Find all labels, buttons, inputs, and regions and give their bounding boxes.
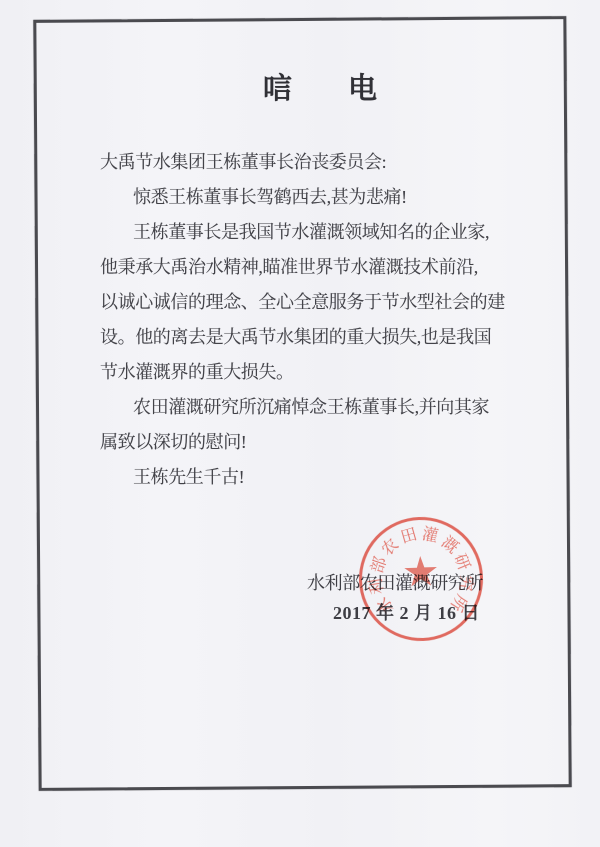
letter-line: 他秉承大禹治水精神,瞄准世界节水灌溉技术前沿, (100, 250, 520, 285)
letter-line: 设。他的离去是大禹节水集团的重大损失,也是我国 (100, 320, 520, 355)
letter-line: 节水灌溉界的重大损失。 (100, 355, 520, 390)
letter-line: 王栋董事长是我国节水灌溉领域知名的企业家, (100, 215, 520, 250)
seal-char: 田 (398, 522, 420, 549)
scanned-condolence-letter: 唁 电 大禹节水集团王栋董事长治丧委员会: 惊悉王栋董事长驾鹤西去,甚为悲痛! … (0, 0, 600, 847)
seal-char: 研 (450, 550, 477, 574)
seal-char: 农 (375, 532, 402, 560)
title-char-right: 电 (348, 66, 377, 107)
letter-body: 大禹节水集团王栋董事长治丧委员会: 惊悉王栋董事长驾鹤西去,甚为悲痛! 王栋董事… (100, 145, 520, 495)
seal-char: 究 (455, 574, 479, 592)
official-seal: 水利部农田灌溉研究所 (357, 515, 485, 643)
letter-line: 农田灌溉研究所沉痛悼念王栋董事长,并向其家 (100, 390, 520, 425)
title-char-left: 唁 (263, 66, 292, 107)
letter-line: 王栋先生千古! (100, 460, 520, 495)
salutation-line: 大禹节水集团王栋董事长治丧委员会: (100, 145, 520, 180)
letter-title: 唁 电 (100, 66, 527, 107)
letter-line: 以诚心诚信的理念、全心全意服务于节水型社会的建 (100, 285, 520, 320)
letter-line: 属致以深切的慰问! (100, 425, 520, 460)
seal-text-arc: 水利部农田灌溉研究所 (357, 515, 485, 643)
seal-char: 利 (363, 577, 388, 596)
seal-char: 灌 (420, 521, 440, 547)
letter-line: 惊悉王栋董事长驾鹤西去,甚为悲痛! (100, 180, 520, 215)
seal-char: 水 (370, 593, 398, 620)
seal-char: 所 (446, 591, 474, 617)
